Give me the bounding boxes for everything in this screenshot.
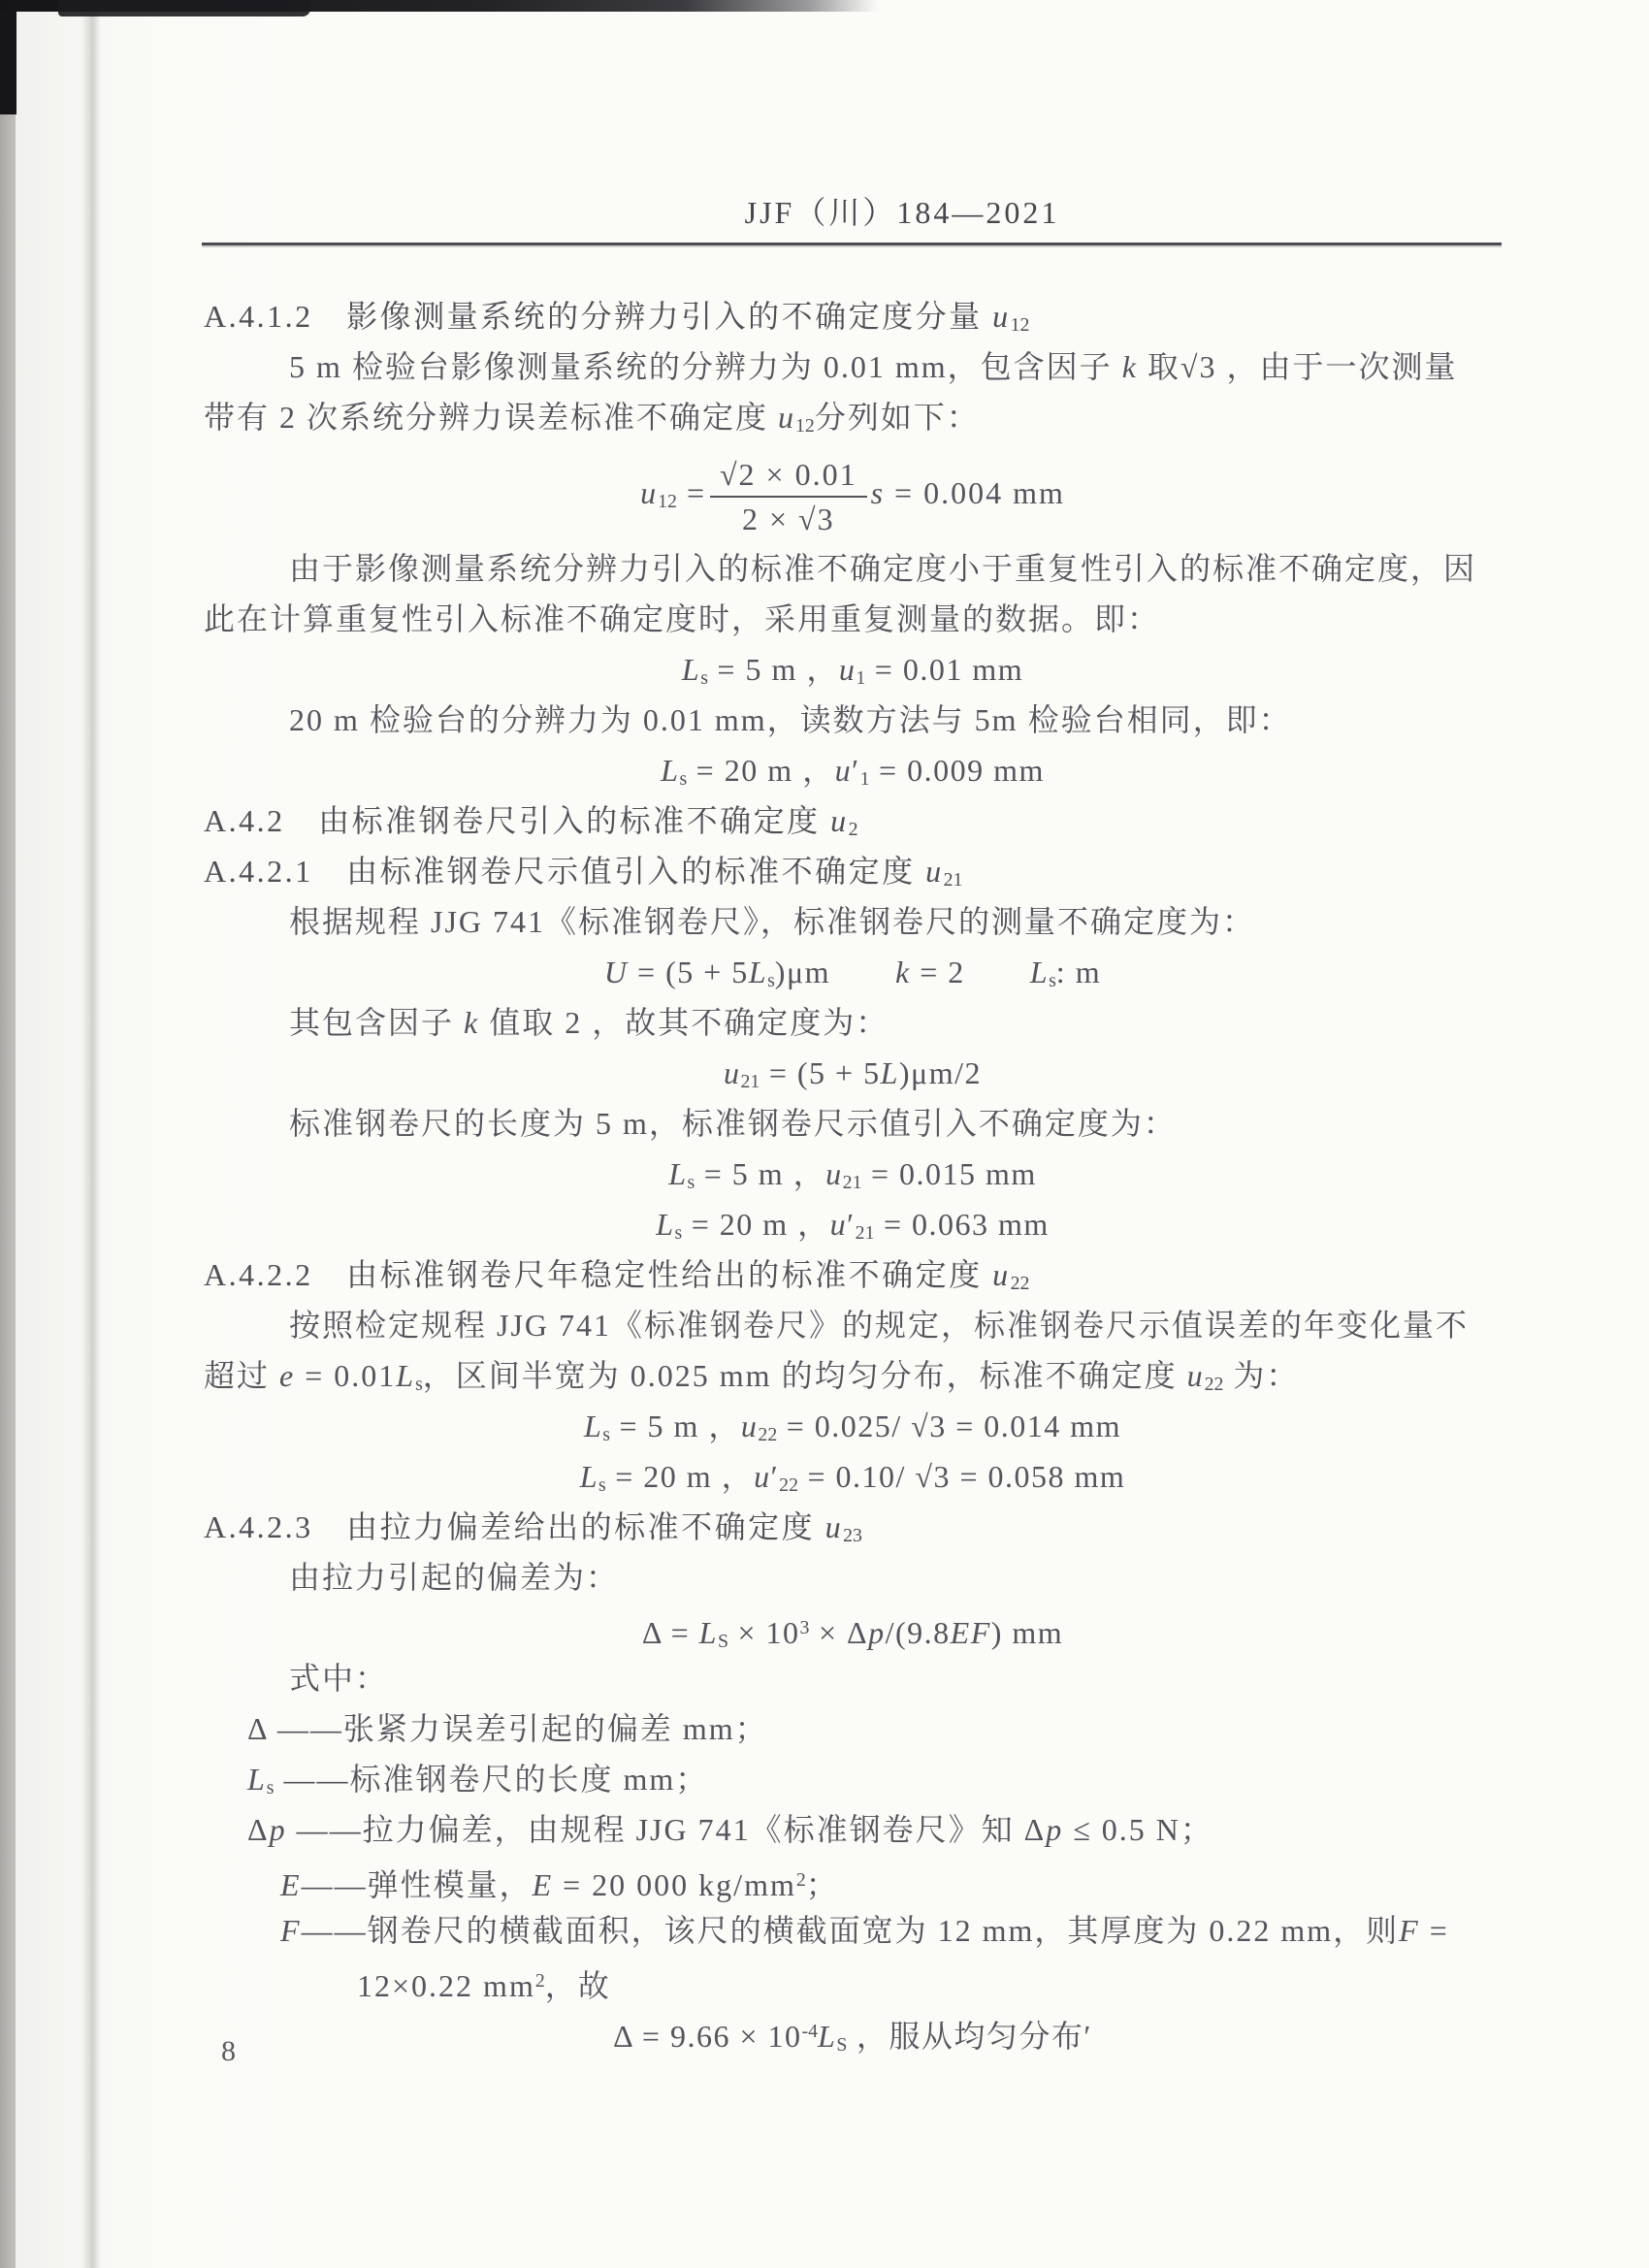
formula-line: Ls = 5 m ，u1 = 0.01 mm [204,644,1502,695]
paragraph-line: 带有 2 次系统分辨力误差标准不确定度 u12分列如下： [204,392,1502,442]
fraction-formula: u12 =√2 × 0.012 × √3s = 0.004 mm [204,442,1502,543]
scan-left-dark-artifact [0,0,16,114]
formula-rhs: s = 0.004 mm [871,475,1065,510]
formula-line: Ls = 20 m ，u′21 = 0.063 mm [204,1199,1502,1249]
formula-line: Ls = 20 m ，u′1 = 0.009 mm [204,745,1502,795]
definition-line: Δp ——拉力偏差，由规程 JJG 741《标准钢卷尺》知 Δp ≤ 0.5 N… [204,1804,1502,1855]
definition-line: 12×0.22 mm2，故 [204,1956,1502,2006]
definition-line: Δ ——张紧力误差引起的偏差 mm； [204,1703,1502,1754]
paragraph-line: 按照检定规程 JJG 741《标准钢卷尺》的规定，标准钢卷尺示值误差的年变化量不 [204,1300,1502,1350]
paragraph-line: 20 m 检验台的分辨力为 0.01 mm，读数方法与 5m 检验台相同，即： [204,695,1502,745]
section-heading: A.4.2.3 由拉力偏差给出的标准不确定度 u23 [204,1502,1502,1552]
section-heading: A.4.1.2 影像测量系统的分辨力引入的不确定度分量 u12 [204,291,1502,341]
paragraph-line: 其包含因子 k 值取 2 ，故其不确定度为： [204,997,1502,1048]
formula-line: Ls = 20 m ，u′22 = 0.10/ √3 = 0.058 mm [204,1451,1502,1502]
scan-top-blob-artifact [58,0,310,16]
page-number: 8 [221,2035,236,2068]
section-heading: A.4.2.1 由标准钢卷尺示值引入的标准不确定度 u21 [204,846,1502,896]
definition-line: E——弹性模量，E = 20 000 kg/mm2； [204,1855,1502,1905]
formula-line: u21 = (5 + 5L)μm/2 [204,1048,1502,1098]
fraction: √2 × 0.012 × √3 [710,455,867,538]
formula-line: Ls = 5 m ，u22 = 0.025/ √3 = 0.014 mm [204,1401,1502,1451]
fraction-numerator: √2 × 0.01 [710,455,867,498]
formula-line: Ls = 5 m ，u21 = 0.015 mm [204,1149,1502,1199]
paragraph-line: 根据规程 JJG 741《标准钢卷尺》，标准钢卷尺的测量不确定度为： [204,896,1502,947]
page-header: JJF（川）184—2021 [0,188,1649,233]
paragraph-line: 5 m 检验台影像测量系统的分辨力为 0.01 mm，包含因子 k 取√3 ，由… [204,341,1502,392]
scan-fold-line [81,0,101,2268]
header-rule [202,243,1502,245]
definition-line: Ls ——标准钢卷尺的长度 mm； [204,1754,1502,1804]
section-heading: A.4.2.2 由标准钢卷尺年稳定性给出的标准不确定度 u22 [204,1249,1502,1300]
paragraph-line: 由于影像测量系统分辨力引入的标准不确定度小于重复性引入的标准不确定度，因 [204,543,1502,594]
paragraph-line: 由拉力引起的偏差为： [204,1552,1502,1603]
section-heading: A.4.2 由标准钢卷尺引入的标准不确定度 u2 [204,795,1502,846]
paragraph-line: 式中： [204,1653,1502,1703]
document-body: A.4.1.2 影像测量系统的分辨力引入的不确定度分量 u125 m 检验台影像… [204,291,1502,2057]
paragraph-line: 此在计算重复性引入标准不确定度时，采用重复测量的数据。即： [204,594,1502,644]
fraction-denominator: 2 × √3 [710,498,867,538]
paragraph-line: 标准钢卷尺的长度为 5 m，标准钢卷尺示值引入不确定度为： [204,1098,1502,1149]
formula-line: Δ = LS × 103 × Δp/(9.8EF) mm [204,1603,1502,1653]
formula-lhs: u12 = [640,475,706,510]
scan-left-edge-artifact [0,0,16,2268]
definition-line: F——钢卷尺的横截面积，该尺的横截面宽为 12 mm，其厚度为 0.22 mm，… [204,1905,1502,1956]
formula-line: U = (5 + 5Ls)μm k = 2 Ls: m [204,947,1502,997]
paragraph-line: 超过 e = 0.01Ls，区间半宽为 0.025 mm 的均匀分布，标准不确定… [204,1350,1502,1401]
scanned-page: JJF（川）184—2021 A.4.1.2 影像测量系统的分辨力引入的不确定度… [0,0,1649,2268]
formula-line: Δ = 9.66 × 10-4LS ，服从均匀分布′ [204,2006,1502,2057]
